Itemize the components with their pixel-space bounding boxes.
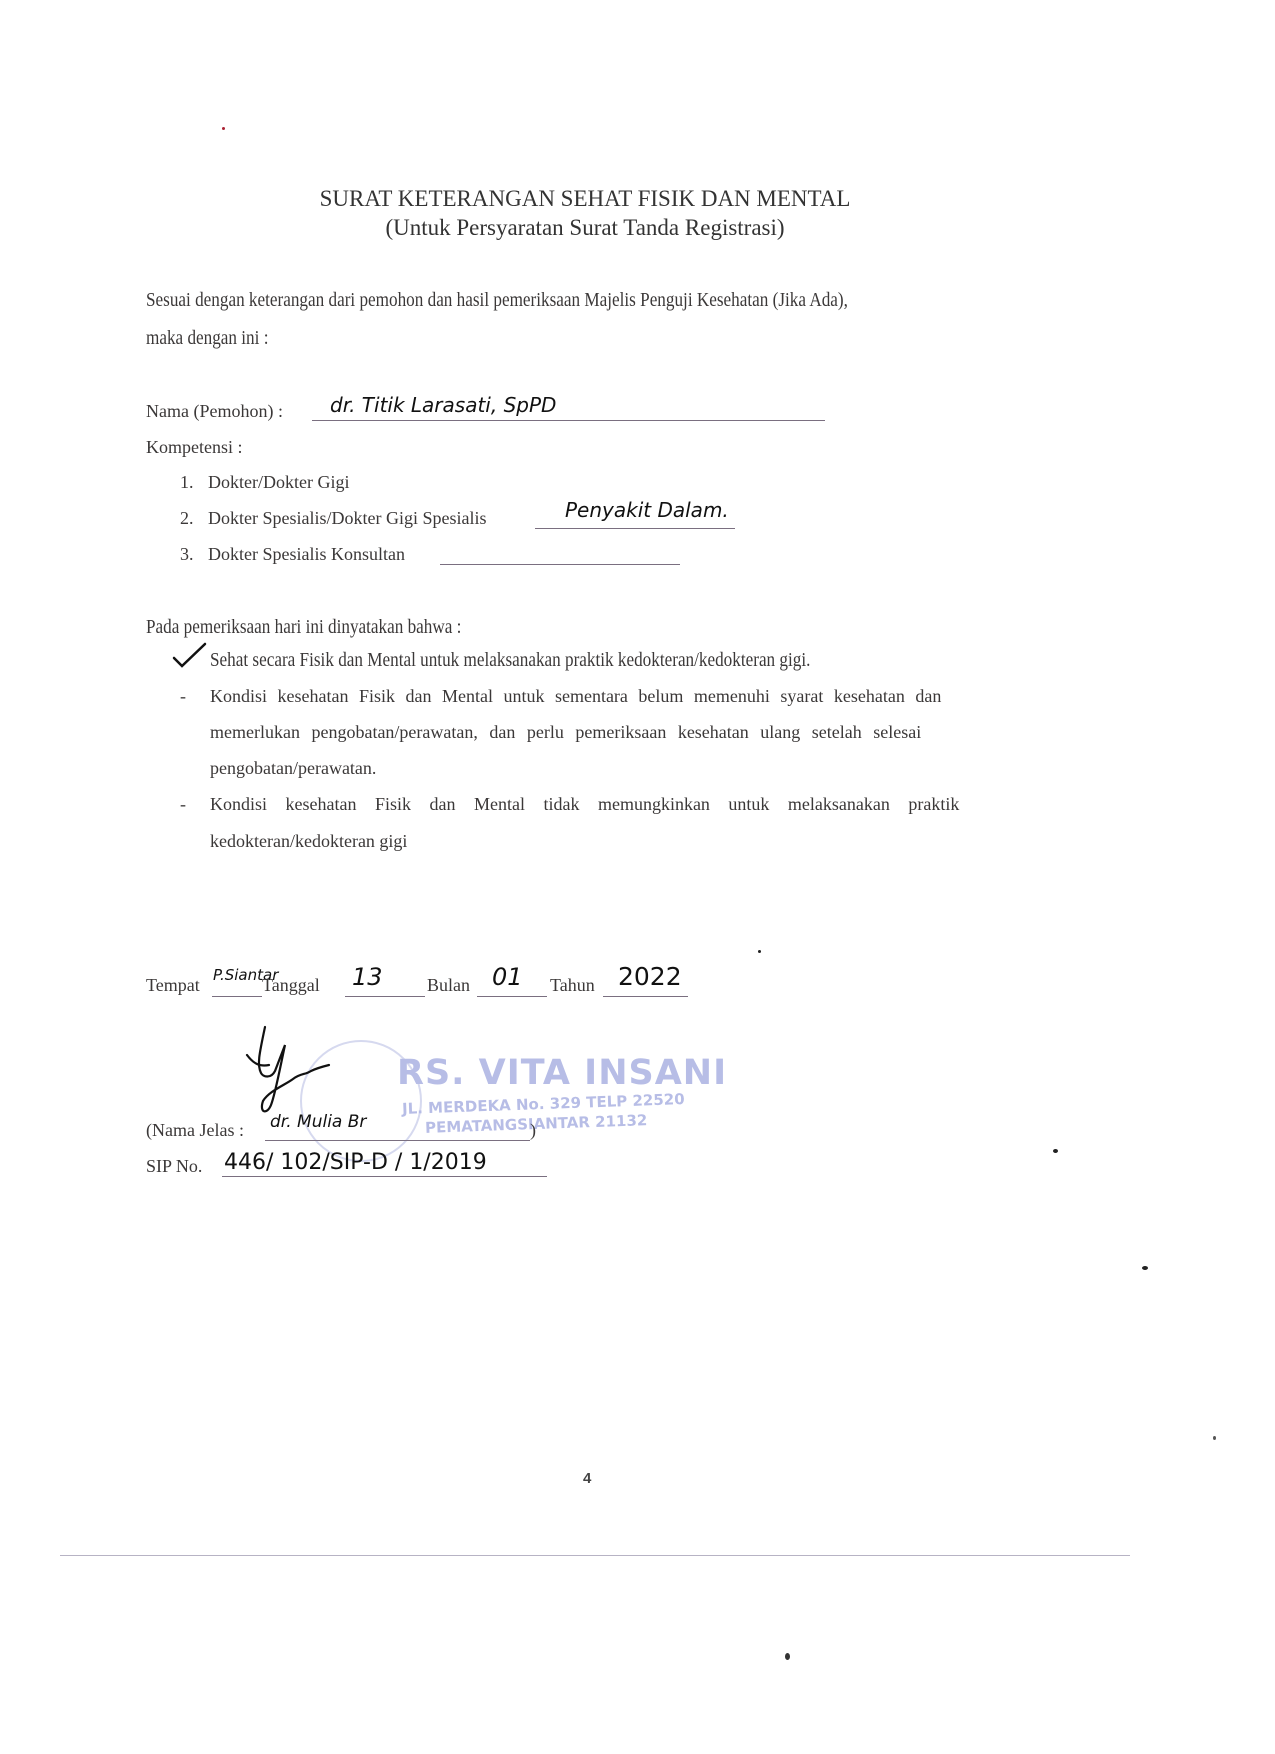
statement-2-line-2: memerlukan pengobatan/perawatan, dan per… [210, 722, 1027, 743]
dash-bullet-icon: - [180, 686, 186, 707]
applicant-name-field[interactable]: dr. Titik Larasati, SpPD [330, 393, 556, 417]
consultant-underline [440, 564, 680, 565]
competence-item-number: 1. [180, 472, 194, 492]
competence-item-number: 3. [180, 544, 194, 564]
stamp-name: RS. VITA INSANI [397, 1053, 727, 1093]
applicant-underline [312, 420, 825, 421]
place-underline [212, 996, 262, 997]
day-field[interactable]: 13 [352, 963, 383, 991]
intro-line-2: maka dengan ini : [146, 328, 268, 350]
sip-underline [222, 1176, 547, 1177]
footer-divider [60, 1555, 1130, 1556]
applicant-label: Nama (Pemohon) : [146, 401, 283, 422]
month-label: Bulan [427, 975, 470, 996]
competence-item-number: 2. [180, 508, 194, 528]
signature-icon [245, 1025, 365, 1120]
signer-name-underline [265, 1140, 530, 1141]
competence-item-3: 3. Dokter Spesialis Konsultan [180, 544, 405, 565]
place-label: Tempat [146, 975, 200, 996]
year-underline [603, 996, 688, 997]
scan-speck [222, 127, 225, 130]
statement-2-line-3: pengobatan/perawatan. [210, 758, 376, 779]
statement-2-line-1: Kondisi kesehatan Fisik dan Mental untuk… [210, 686, 1027, 707]
page-number: 4 [583, 1470, 591, 1487]
signer-name-close: ) [530, 1120, 536, 1141]
specialist-underline [535, 528, 735, 529]
scan-speck [1213, 1436, 1216, 1440]
scan-speck [785, 1653, 790, 1660]
specialist-field[interactable]: Penyakit Dalam. [565, 498, 729, 522]
year-field[interactable]: 2022 [618, 962, 682, 991]
day-underline [345, 996, 425, 997]
statement-intro: Pada pemeriksaan hari ini dinyatakan bah… [146, 617, 461, 639]
statement-3-line-2: kedokteran/kedokteran gigi [210, 831, 407, 852]
scan-speck [758, 950, 761, 953]
signer-name-label: (Nama Jelas : [146, 1120, 244, 1141]
document-subtitle: (Untuk Persyaratan Surat Tanda Registras… [0, 215, 1170, 241]
competence-item-2: 2. Dokter Spesialis/Dokter Gigi Spesiali… [180, 508, 486, 529]
scan-speck [1053, 1149, 1058, 1153]
intro-line-1: Sesuai dengan keterangan dari pemohon da… [146, 290, 848, 312]
signer-name-field[interactable]: dr. Mulia Br [270, 1112, 366, 1132]
dash-bullet-icon: - [180, 794, 186, 815]
competence-item-label: Dokter/Dokter Gigi [208, 472, 349, 492]
year-label: Tahun [550, 975, 595, 996]
statement-3-line-1: Kondisi kesehatan Fisik dan Mental tidak… [210, 794, 959, 815]
competence-item-label: Dokter Spesialis/Dokter Gigi Spesialis [208, 508, 486, 528]
month-underline [477, 996, 547, 997]
sip-field[interactable]: 446/ 102/SIP-D / 1/2019 [224, 1150, 487, 1175]
scan-speck [1142, 1266, 1148, 1270]
competence-item-label: Dokter Spesialis Konsultan [208, 544, 405, 564]
day-label: Tanggal [262, 975, 320, 996]
statement-1-line-1: Sehat secara Fisik dan Mental untuk mela… [210, 650, 810, 672]
checkmark-icon[interactable] [172, 642, 208, 672]
document-title: SURAT KETERANGAN SEHAT FISIK DAN MENTAL [0, 186, 1170, 212]
month-field[interactable]: 01 [492, 963, 523, 991]
competence-item-1: 1. Dokter/Dokter Gigi [180, 472, 349, 493]
competence-label: Kompetensi : [146, 437, 243, 458]
sip-label: SIP No. [146, 1156, 202, 1177]
